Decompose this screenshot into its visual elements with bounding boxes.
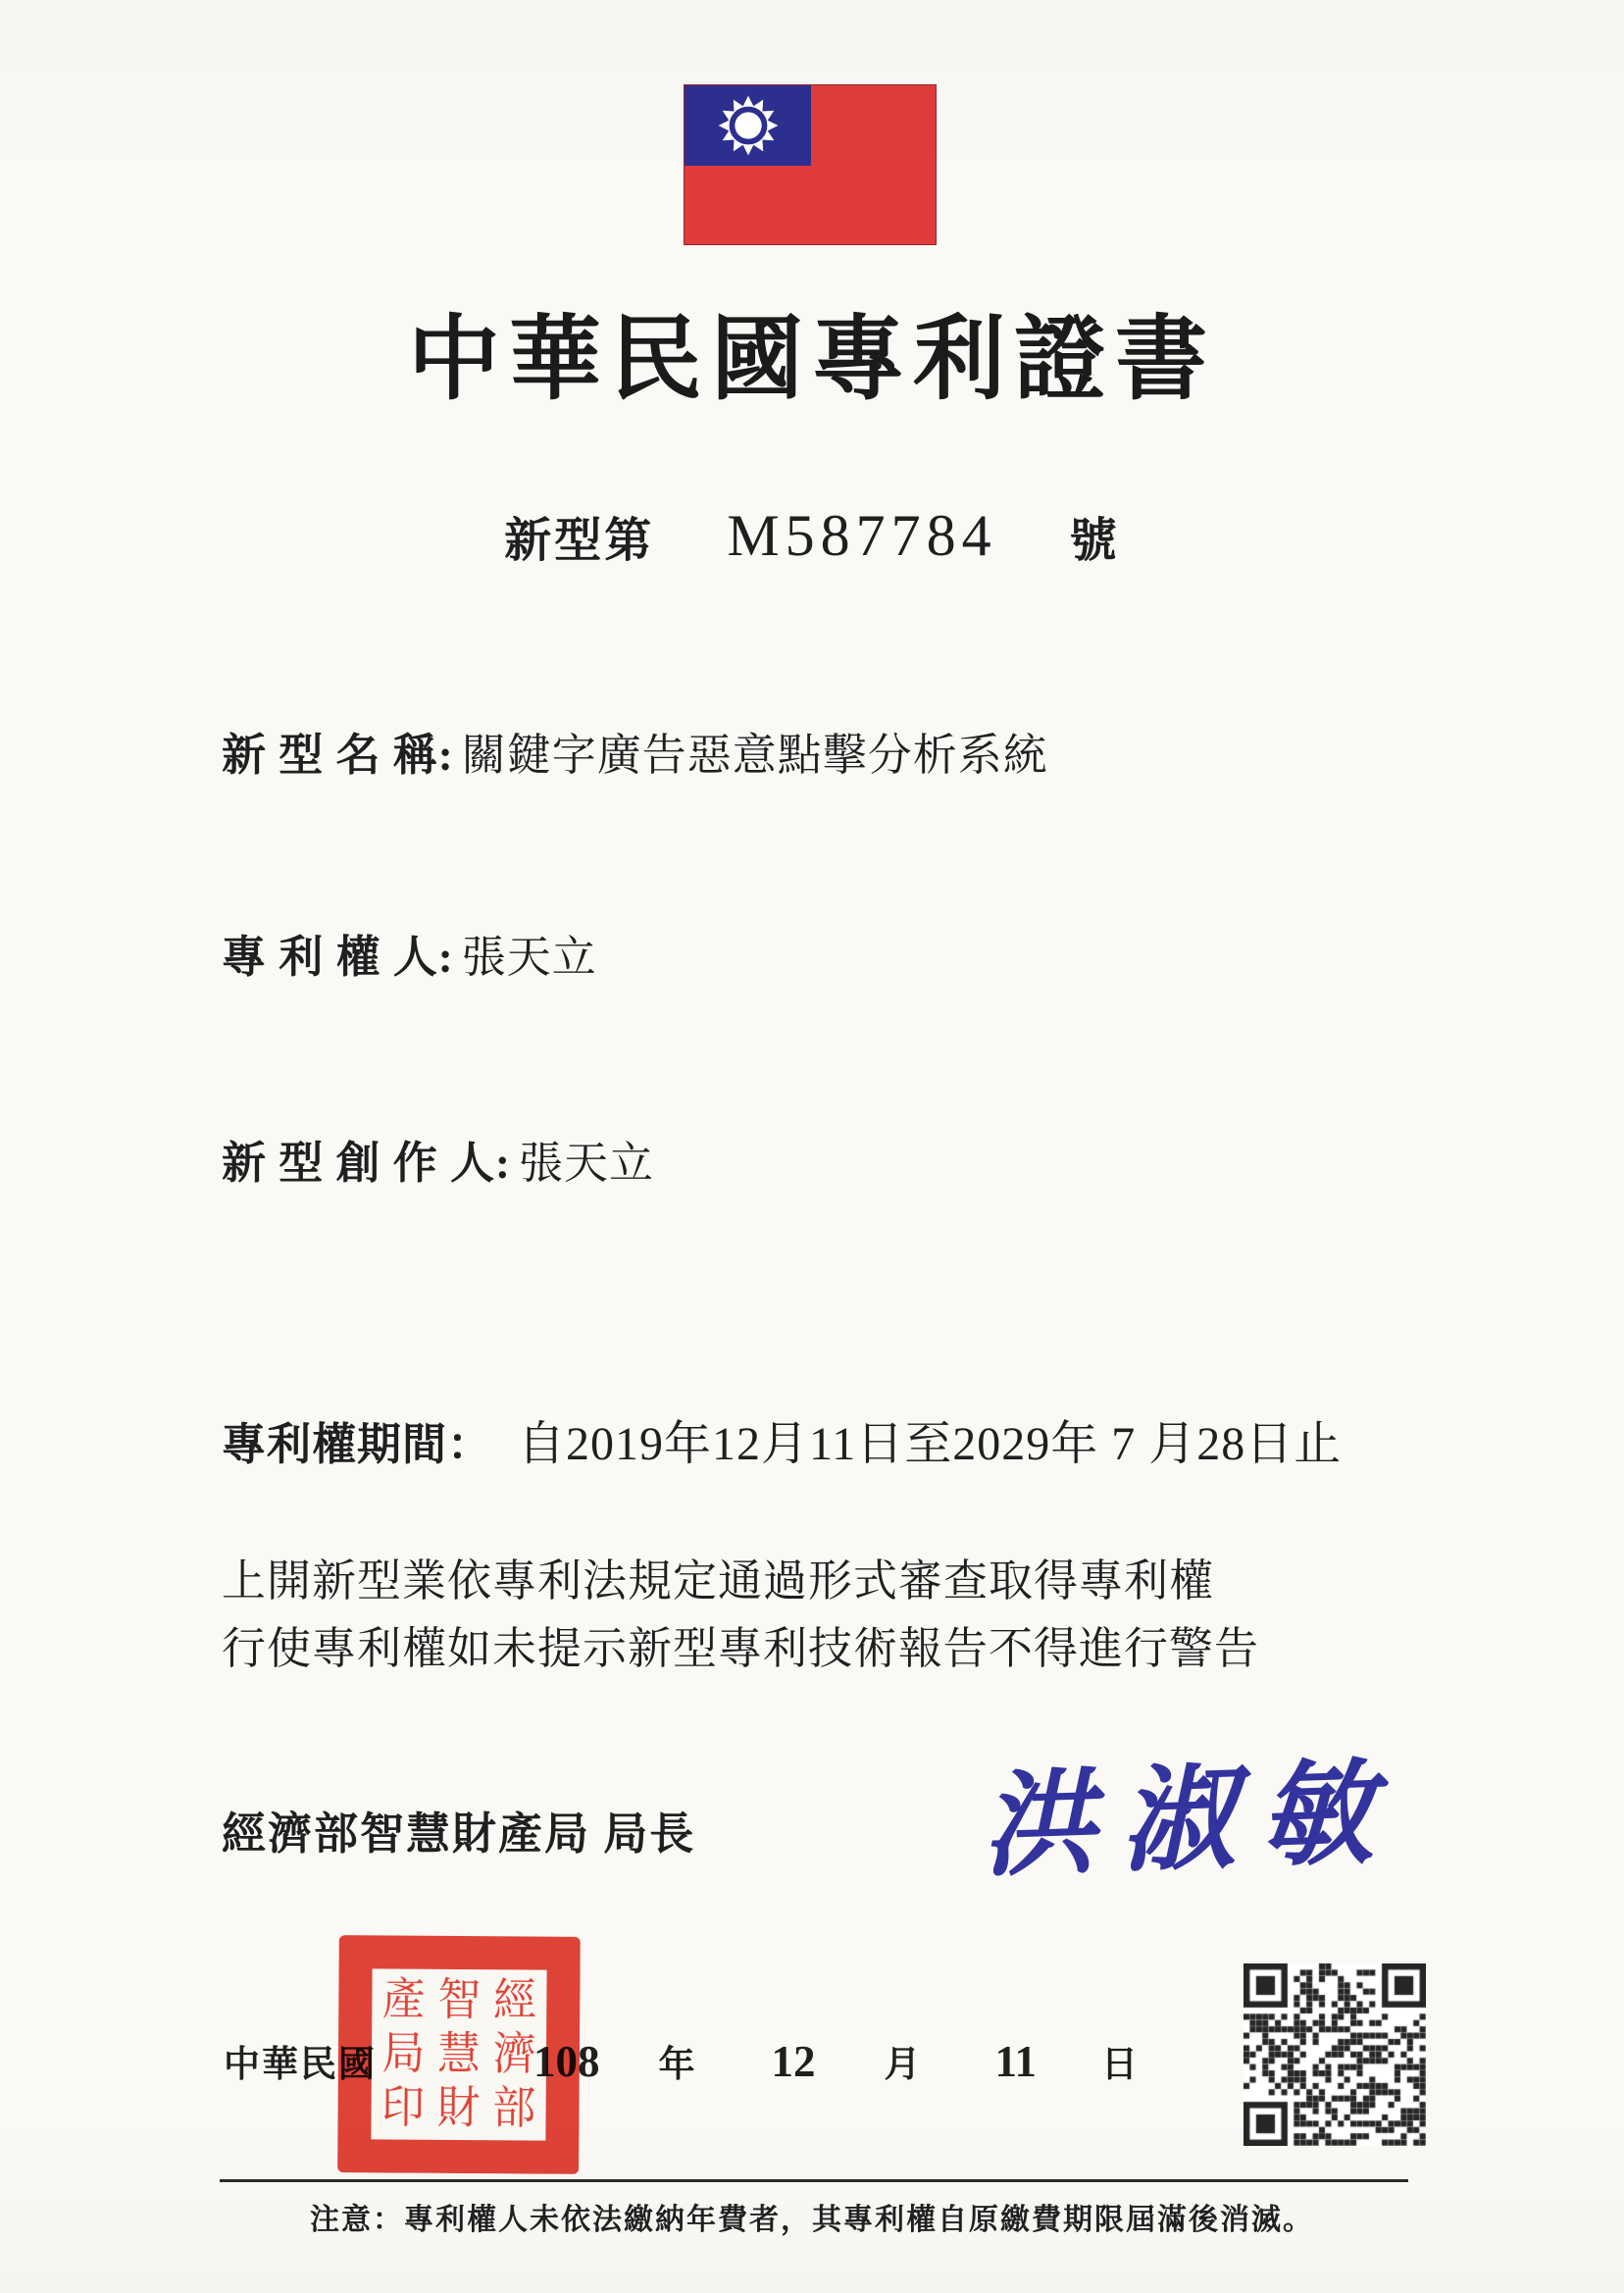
- model-name-label: 新 型 名 稱:: [222, 719, 454, 783]
- issue-date-line: 中華民國 108 年 12 月 11 日: [224, 2034, 1140, 2087]
- date-year-unit: 年: [659, 2034, 697, 2087]
- cert-number-suffix: 號: [1070, 502, 1120, 570]
- patent-term-value: 自2019年12月11日至2029年 7 月28日止: [518, 1405, 1342, 1473]
- legal-line-1: 上開新型業依專利法規定通過形式審查取得專利權: [222, 1548, 1259, 1615]
- certificate-title: 中華民國專利證書: [0, 284, 1624, 417]
- legal-text: 上開新型業依專利法規定通過形式審查取得專利權 行使專利權如未提示新型專利技術報告…: [222, 1548, 1259, 1683]
- date-day: 11: [995, 2036, 1038, 2087]
- seal-char: 部: [492, 2086, 535, 2132]
- creator-value: 張天立: [519, 1127, 654, 1191]
- field-row-patent-term: 專利權期間： 自2019年12月11日至2029年 7 月28日止: [222, 1405, 1342, 1473]
- creator-label: 新 型 創 作 人:: [222, 1127, 511, 1191]
- date-era-prefix: 中華民國: [224, 2034, 377, 2087]
- certificate-number-line: 新型第 M587784 號: [0, 502, 1624, 570]
- legal-line-2: 行使專利權如未提示新型專利技術報告不得進行警告: [222, 1615, 1259, 1683]
- roc-national-flag-icon: [684, 84, 937, 245]
- date-month-unit: 月: [885, 2034, 923, 2087]
- qr-code: [1243, 1963, 1426, 2146]
- patent-certificate-page: 中華民國專利證書 新型第 M587784 號 新 型 名 稱: 關鍵字廣告惡意點…: [0, 0, 1624, 2293]
- field-row-model-name: 新 型 名 稱: 關鍵字廣告惡意點擊分析系統: [222, 719, 1048, 783]
- date-day-unit: 日: [1101, 2034, 1140, 2087]
- date-year: 108: [533, 2036, 600, 2087]
- cert-number-value: M587784: [727, 502, 996, 570]
- footer-divider: [220, 2179, 1408, 2182]
- seal-char: 經: [493, 1978, 536, 2024]
- white-sun-icon: [711, 88, 786, 163]
- cert-number-prefix: 新型第: [504, 502, 654, 570]
- patentee-label: 專 利 權 人:: [222, 921, 454, 985]
- footer-note: 注意：專利權人未依法繳納年費者，其專利權自原繳費期限屆滿後消滅。: [0, 2195, 1624, 2238]
- patent-term-label: 專利權期間：: [222, 1408, 492, 1472]
- flag-canton: [685, 85, 811, 166]
- issuing-office-title: 經濟部智慧財產局 局長: [222, 1798, 695, 1861]
- seal-char: 財: [436, 2086, 480, 2132]
- field-row-patentee: 專 利 權 人: 張天立: [222, 921, 597, 985]
- date-month: 12: [772, 2036, 816, 2087]
- model-name-value: 關鍵字廣告惡意點擊分析系統: [462, 719, 1048, 783]
- director-signature: 洪淑敏: [978, 1721, 1401, 1900]
- seal-char: 產: [382, 1977, 426, 2023]
- field-row-creator: 新 型 創 作 人: 張天立: [222, 1127, 654, 1191]
- seal-char: 智: [437, 1977, 481, 2023]
- patentee-value: 張天立: [462, 921, 597, 985]
- seal-char: 印: [381, 2086, 425, 2132]
